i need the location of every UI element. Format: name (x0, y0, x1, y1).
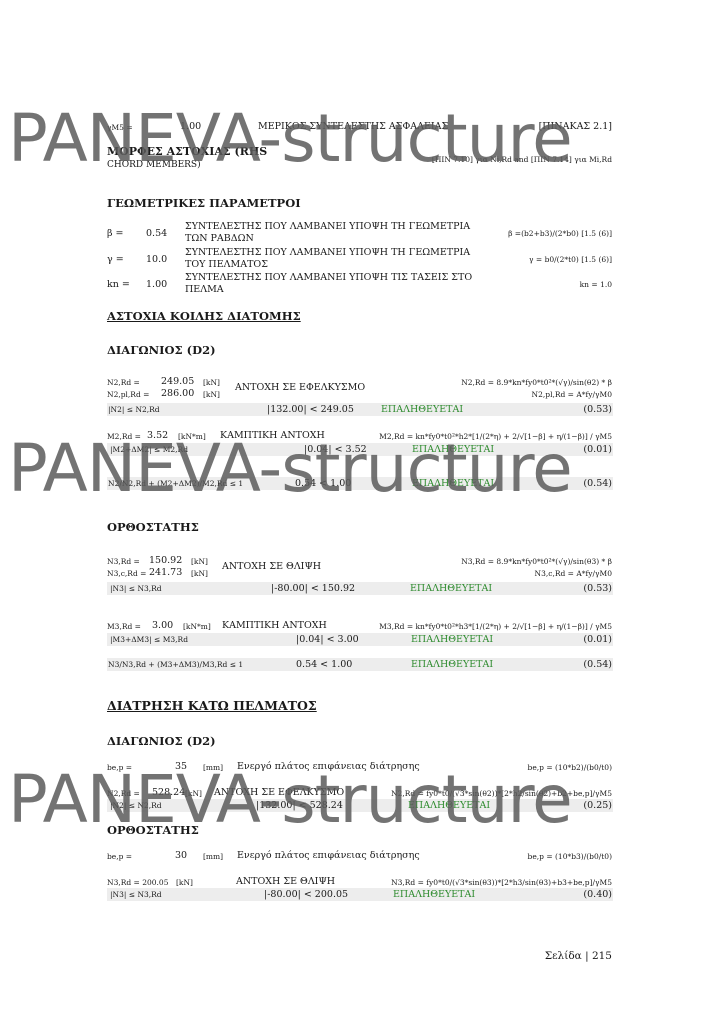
n2plrd-value: 286.00 (161, 388, 194, 399)
status-badge: ΕΠΑΛΗΘΕΥΕΤΑΙ (381, 404, 463, 415)
status-badge: ΕΠΑΛΗΘΕΥΕΤΑΙ (411, 659, 493, 670)
check-row (107, 888, 613, 901)
punching-title: ΔΙΑΤΡΗΣΗ ΚΑΤΩ ΠΕΛΜΑΤΟΣ (107, 698, 317, 713)
n2rd-label: N2,Rd = (107, 378, 140, 387)
watermark: PANEVA-structure (8, 436, 572, 502)
hollow-vertical-title: ΟΡΘΟΣΤΑΤΗΣ (107, 520, 199, 534)
hollow-diagonal-title: ΔΙΑΓΩΝΙΟΣ (D2) (107, 343, 216, 357)
status-badge: ΕΠΑΛΗΘΕΥΕΤΑΙ (411, 634, 493, 645)
n2rd-value: 249.05 (161, 376, 194, 387)
page-number: Σελίδα | 215 (545, 950, 612, 962)
hollow-section-title: ΑΣΤΟΧΙΑ ΚΟΙΛΗΣ ΔΙΑΤΟΜΗΣ (107, 309, 301, 323)
watermark: PANEVA-structure (8, 767, 572, 833)
punching-diagonal-title: ΔΙΑΓΩΝΙΟΣ (D2) (107, 734, 216, 748)
check-row (107, 582, 613, 595)
compression-title: ΑΝΤΟΧΗ ΣΕ ΘΛΙΨΗ (222, 561, 321, 572)
watermark: PANEVA-structure (8, 106, 572, 172)
document-page: γM5 = 1.00 ΜΕΡΙΚΟΣ ΣΥΝΤΕΛΕΣΤΗΣ ΑΣΦΑΛΕΙΑΣ… (0, 0, 716, 1023)
tension-title: ΑΝΤΟΧΗ ΣΕ ΕΦΕΛΚΥΣΜΟ (235, 382, 365, 393)
status-badge: ΕΠΑΛΗΘΕΥΕΤΑΙ (393, 889, 475, 900)
status-badge: ΕΠΑΛΗΘΕΥΕΤΑΙ (410, 583, 492, 594)
check-row (107, 403, 613, 416)
geometry-title: ΓΕΩΜΕΤΡΙΚΕΣ ΠΑΡΑΜΕΤΡΟΙ (107, 196, 301, 210)
n2plrd-label: N2,pl,Rd = (107, 390, 149, 399)
